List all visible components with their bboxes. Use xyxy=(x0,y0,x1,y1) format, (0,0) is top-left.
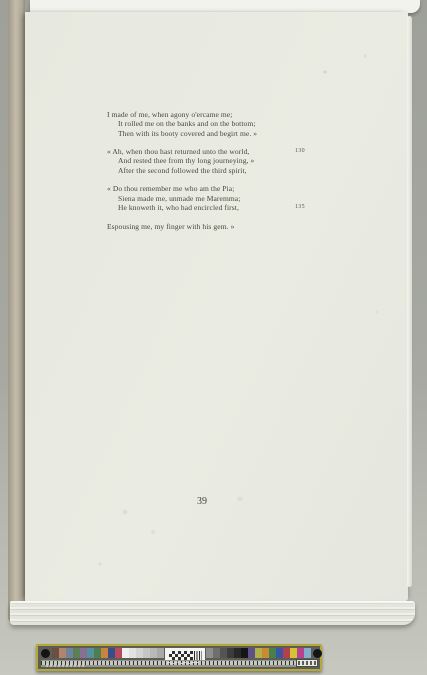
color-patch xyxy=(150,648,157,658)
color-patch xyxy=(290,648,297,658)
registration-dot-left xyxy=(41,649,50,658)
color-patch xyxy=(241,648,248,658)
verse-line-text: « Ah, when thou hast returned unto the w… xyxy=(107,147,249,156)
verse-line-text: After the second followed the third spir… xyxy=(118,166,247,175)
color-patch xyxy=(220,648,227,658)
verse-line-text: Siena made me, unmade me Maremma; xyxy=(118,194,240,203)
verse-line: He knoweth it, who had encircled first,1… xyxy=(107,203,353,212)
color-patch xyxy=(234,648,241,658)
verse-line-text: Then with its booty covered and begirt m… xyxy=(118,129,257,138)
scanned-book-photo: I made of me, when agony o'ercame me;It … xyxy=(0,0,427,675)
verse-line-text: « Do thou remember me who am the Pia; xyxy=(107,184,234,193)
verse-line-text: It rolled me on the banks and on the bot… xyxy=(118,119,256,128)
gray-ramp-dark xyxy=(206,648,248,658)
color-patch xyxy=(276,648,283,658)
verse-line-text: Espousing me, my finger with his gem. » xyxy=(107,222,234,231)
color-patches-right xyxy=(248,648,311,658)
verse-line-text: I made of me, when agony o'ercame me; xyxy=(107,110,232,119)
verse-line: Then with its booty covered and begirt m… xyxy=(107,129,353,138)
color-patch xyxy=(115,648,122,658)
verse-line: It rolled me on the banks and on the bot… xyxy=(107,119,353,128)
verse-line: I made of me, when agony o'ercame me; xyxy=(107,110,353,119)
color-patches-left xyxy=(52,648,122,658)
color-patch xyxy=(108,648,115,658)
color-patch xyxy=(66,648,73,658)
page-number: 39 xyxy=(77,496,327,507)
maker-text-marks xyxy=(46,664,86,667)
color-patch xyxy=(255,648,262,658)
verse-line-text: And rested thee from thy long journeying… xyxy=(118,156,254,165)
page-bottom-edges xyxy=(10,601,415,625)
book-page: I made of me, when agony o'ercame me;It … xyxy=(25,12,408,601)
color-patch xyxy=(157,648,164,658)
color-patch xyxy=(213,648,220,658)
color-patch xyxy=(297,648,304,658)
color-patch xyxy=(227,648,234,658)
verse-line-text: He knoweth it, who had encircled first, xyxy=(118,203,239,212)
color-patch xyxy=(269,648,276,658)
color-patch xyxy=(94,648,101,658)
serial-label xyxy=(296,659,318,667)
color-patch xyxy=(304,648,311,658)
color-patch xyxy=(248,648,255,658)
registration-dot-right xyxy=(313,649,322,658)
color-patch xyxy=(52,648,59,658)
color-patch xyxy=(136,648,143,658)
color-patch xyxy=(122,648,129,658)
color-calibration-bar xyxy=(36,644,322,671)
verse-line-number: 135 xyxy=(295,203,305,212)
verse-line: After the second followed the third spir… xyxy=(107,166,353,175)
stanza: « Do thou remember me who am the Pia;Sie… xyxy=(107,184,353,212)
verse-line: Siena made me, unmade me Maremma; xyxy=(107,194,353,203)
book-spine-edge xyxy=(8,0,25,622)
color-patch xyxy=(206,648,213,658)
stanza: « Ah, when thou hast returned unto the w… xyxy=(107,147,353,175)
verse-line: « Ah, when thou hast returned unto the w… xyxy=(107,147,353,156)
color-patch xyxy=(283,648,290,658)
verse-line: Espousing me, my finger with his gem. » xyxy=(107,222,353,231)
color-patch xyxy=(143,648,150,658)
verse-line: And rested thee from thy long journeying… xyxy=(107,156,353,165)
stanza: I made of me, when agony o'ercame me;It … xyxy=(107,110,353,138)
color-patch xyxy=(262,648,269,658)
color-patch xyxy=(80,648,87,658)
color-patch xyxy=(87,648,94,658)
verse-line: « Do thou remember me who am the Pia; xyxy=(107,184,353,193)
verse-text-block: I made of me, when agony o'ercame me;It … xyxy=(107,110,353,240)
gray-ramp-light xyxy=(122,648,164,658)
color-patch xyxy=(129,648,136,658)
checker-target-icon xyxy=(169,651,193,661)
color-patch xyxy=(73,648,80,658)
color-patch xyxy=(59,648,66,658)
verse-line-number: 130 xyxy=(295,147,305,156)
stanza: Espousing me, my finger with his gem. » xyxy=(107,222,353,231)
color-patch xyxy=(101,648,108,658)
barcode-icon xyxy=(194,651,202,661)
signature-mark xyxy=(166,660,200,666)
